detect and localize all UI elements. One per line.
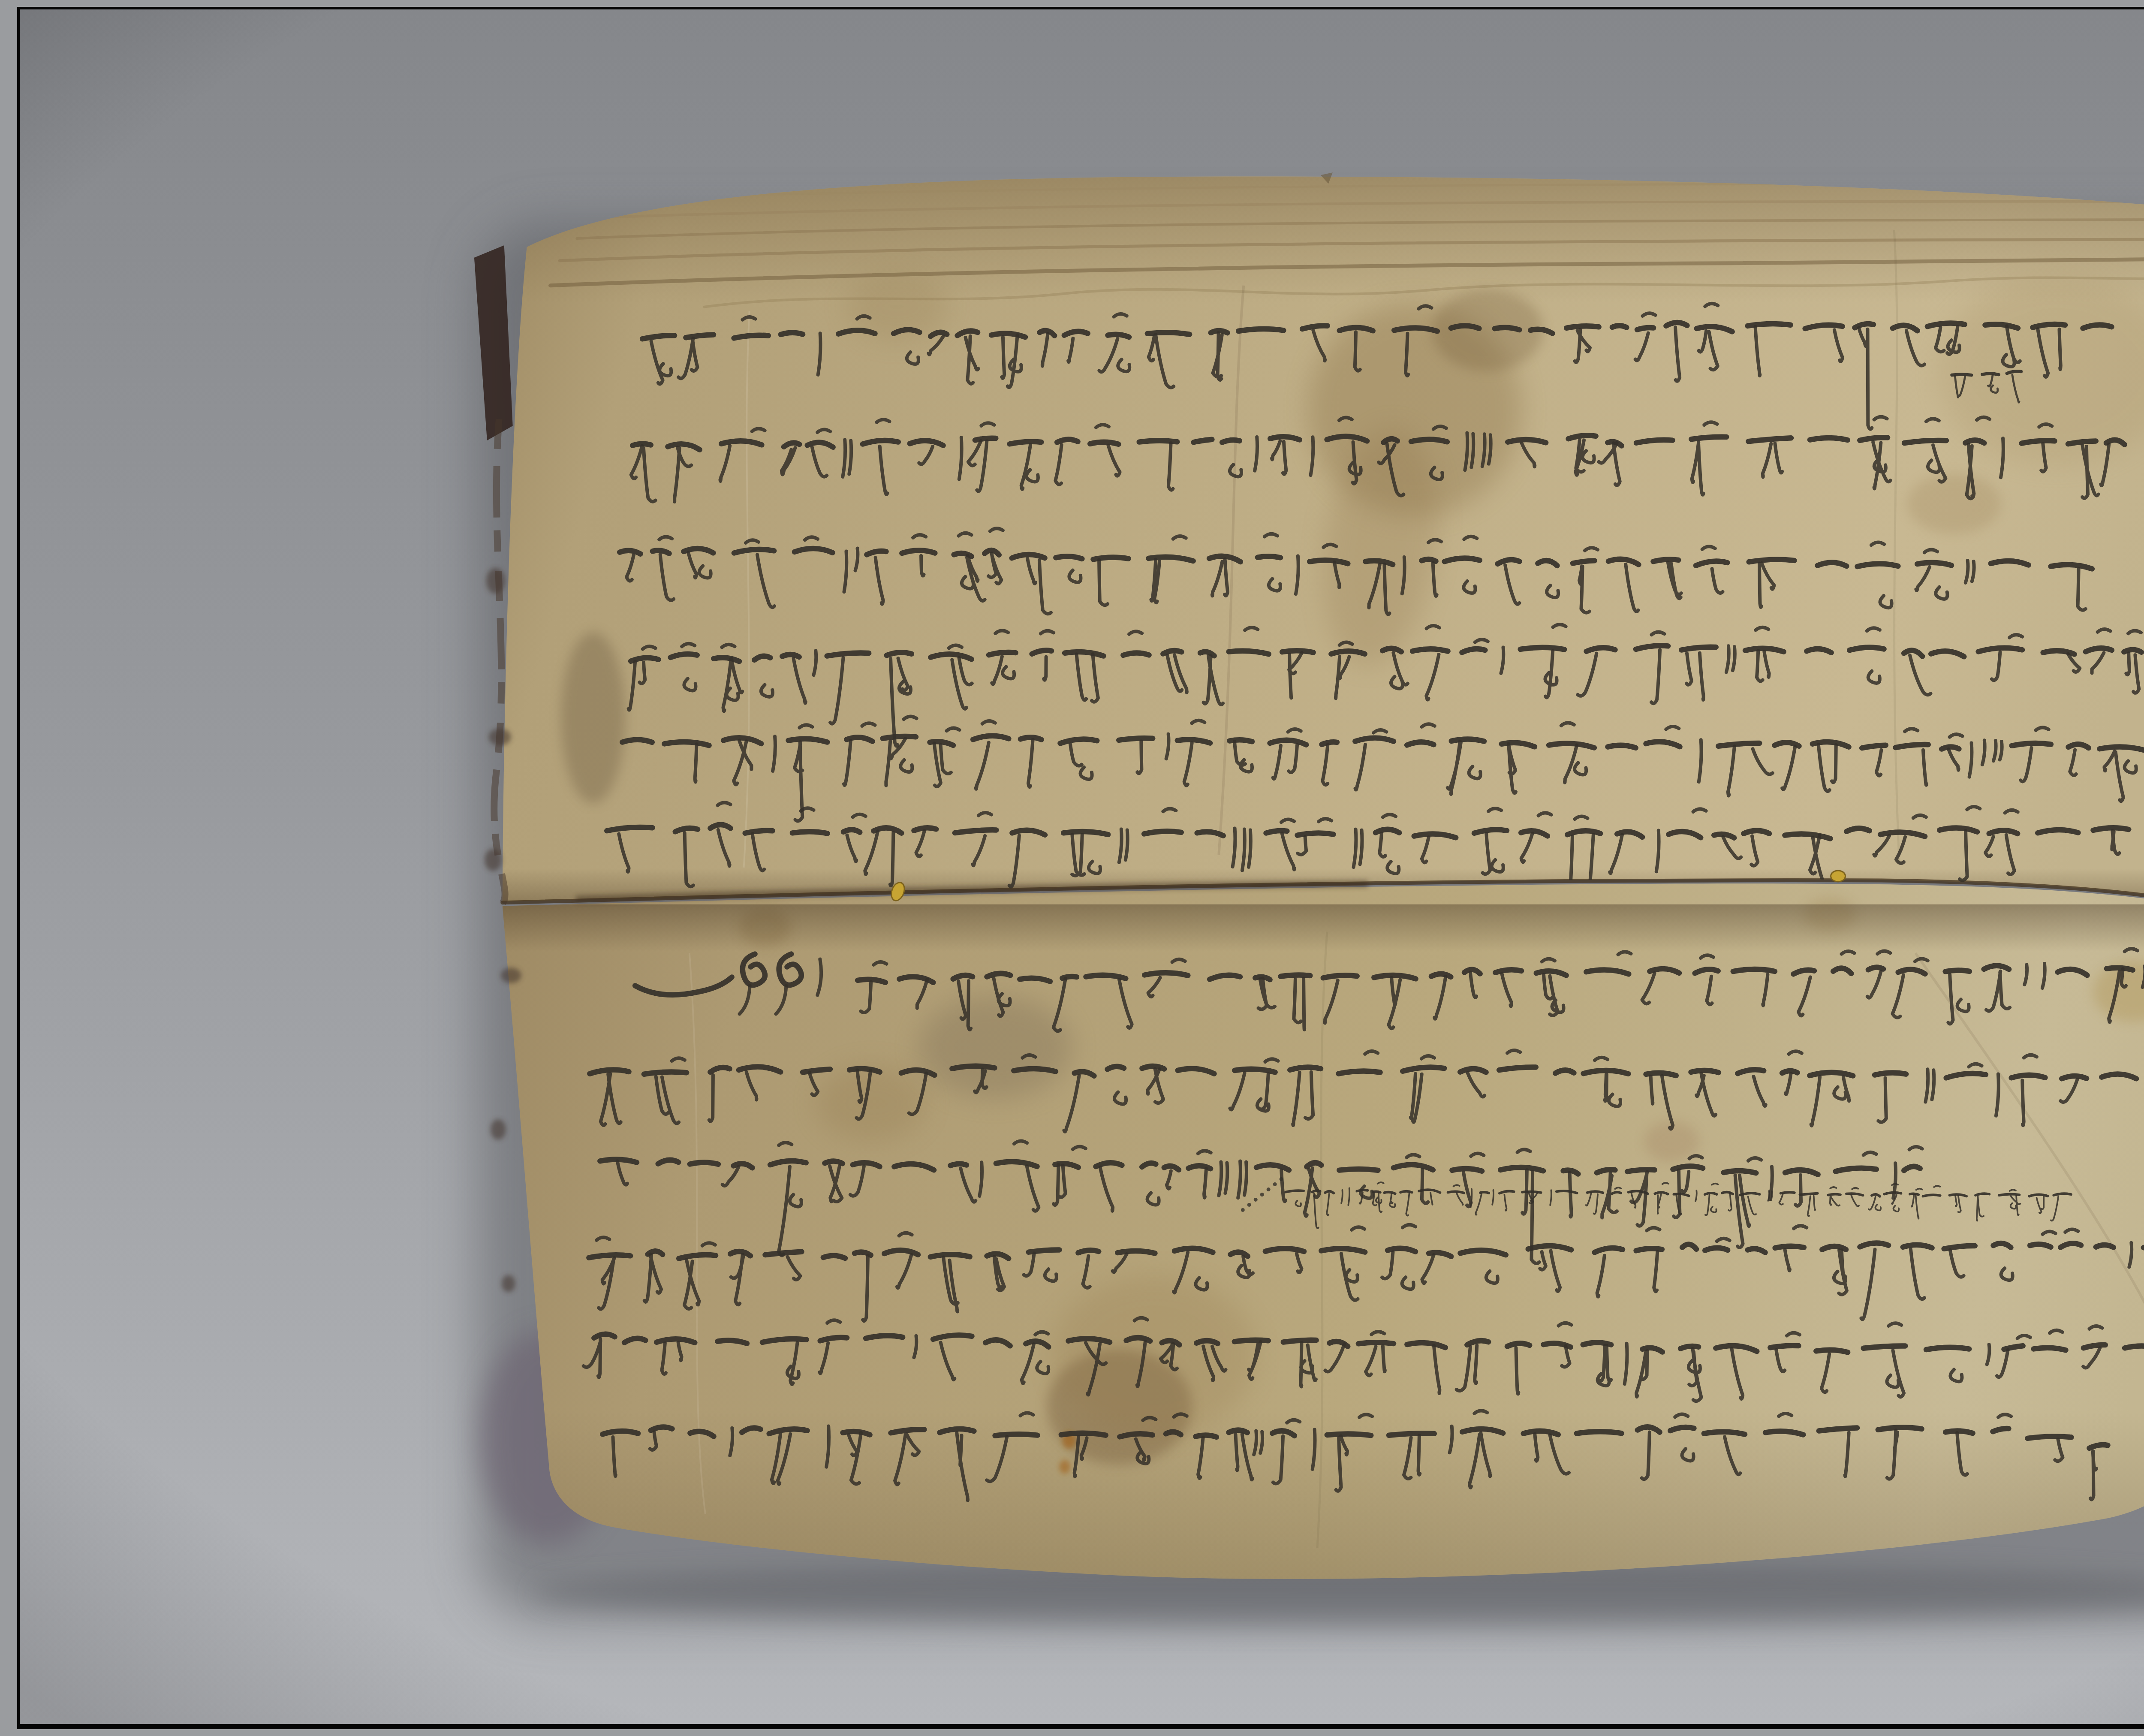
stain [1051, 1274, 1256, 1437]
photo: Photograph of an open handwritten Tibeta… [17, 7, 2144, 1729]
edge-blot [489, 729, 511, 746]
stain [561, 632, 625, 803]
edge-blot [502, 1275, 515, 1292]
insertion-dot [1280, 1177, 1283, 1181]
stain [918, 996, 1072, 1099]
manuscript-photo-canvas [20, 9, 2144, 1724]
insertion-dot [1260, 1193, 1264, 1197]
stain [1907, 474, 2001, 534]
stain [1432, 290, 1543, 371]
insertion-dot [1254, 1198, 1258, 1202]
gold-fleck [1831, 871, 1846, 882]
insertion-dot [1241, 1208, 1245, 1212]
edge-blot [486, 568, 505, 594]
crease-shade-lower [499, 904, 2144, 952]
stain [1059, 1460, 1070, 1474]
edge-blot [485, 849, 502, 871]
edge-blot [491, 1119, 506, 1140]
edge-blot [501, 968, 521, 983]
insertion-dot [1247, 1203, 1251, 1207]
insertion-dot [1273, 1182, 1277, 1186]
binding-crease [499, 868, 2144, 952]
insertion-dot [1267, 1187, 1271, 1191]
